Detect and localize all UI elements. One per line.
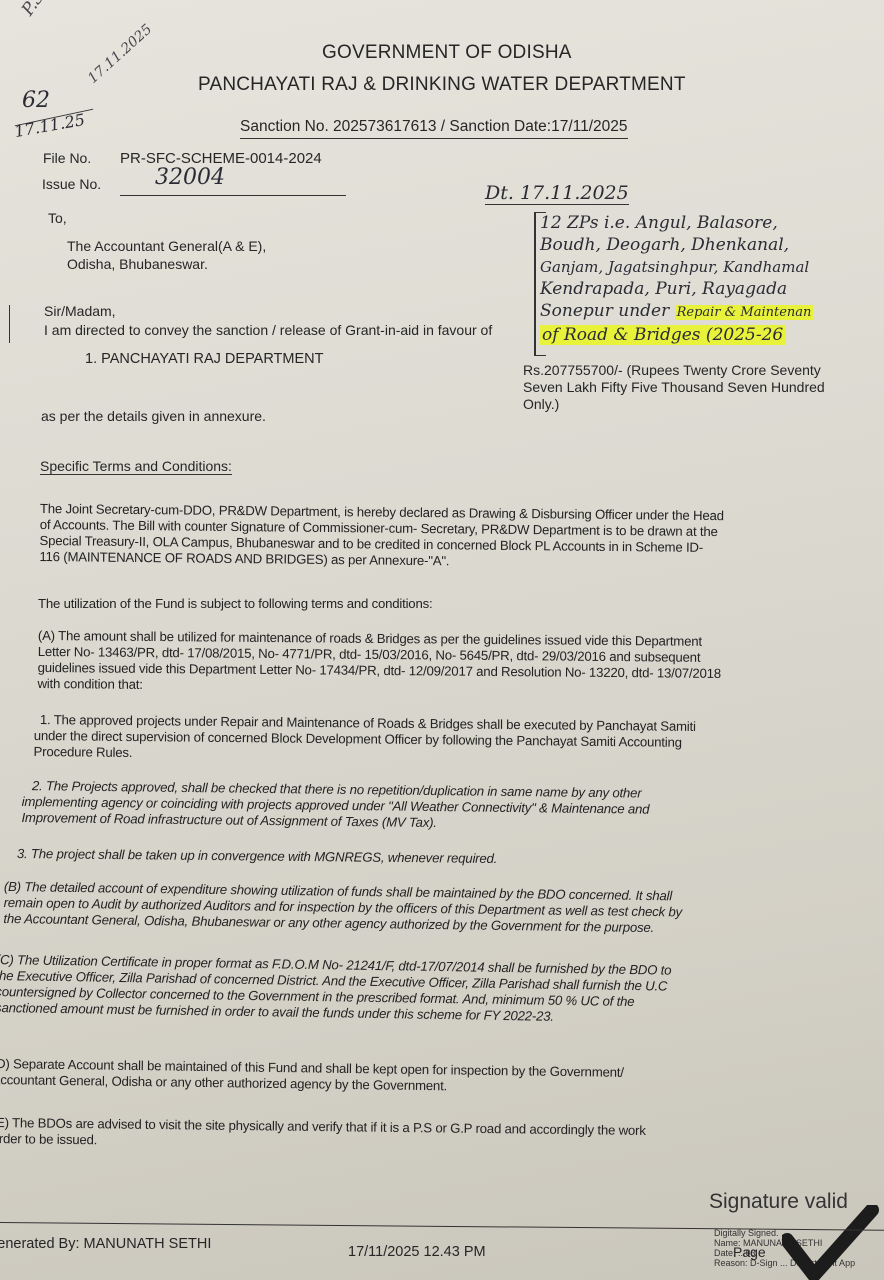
beneficiary-note-line: of Road & Bridges (2025-26 xyxy=(540,324,813,346)
department-title: PANCHAYATI RAJ & DRINKING WATER DEPARTME… xyxy=(198,74,686,96)
utilization-intro: The utilization of the Fund is subject t… xyxy=(38,596,432,612)
amount-text: Rs.207755700/- (Rupees Twenty Crore Seve… xyxy=(523,362,825,413)
issue-date-handwritten: Dt. 17.11.2025 xyxy=(485,182,629,205)
address-line-1: The Accountant General(A & E), xyxy=(67,238,266,254)
amount-line: Seven Lakh Fifty Five Thousand Seven Hun… xyxy=(523,379,825,396)
condition-3: 3. The project shall be taken up in conv… xyxy=(17,846,497,867)
handwritten-date-top: 17.11.2025 xyxy=(85,21,155,87)
condition-d: (D) Separate Account shall be maintained… xyxy=(0,1056,842,1100)
highlight-road-bridges: of Road & Bridges (2025-26 xyxy=(540,325,785,345)
checkmark-icon xyxy=(782,1205,882,1280)
intro-text: I am directed to convey the sanction / r… xyxy=(44,322,492,338)
condition-1: 1. The approved projects under Repair an… xyxy=(33,712,833,768)
issue-no-label: Issue No. xyxy=(42,176,101,192)
footer-divider xyxy=(0,1222,884,1231)
beneficiary-department: 1. PANCHAYATI RAJ DEPARTMENT xyxy=(85,351,323,367)
salutation: Sir/Madam, xyxy=(44,303,116,319)
amount-line: Rs.207755700/- (Rupees Twenty Crore Seve… xyxy=(523,362,825,379)
condition-c: (C) The Utilization Certificate in prope… xyxy=(0,952,846,1029)
handwritten-initials: P.S. (illegible) xyxy=(18,0,102,19)
beneficiary-note-line: 12 ZPs i.e. Angul, Balasore, xyxy=(540,212,813,234)
beneficiary-note-line: Ganjam, Jagatsinghpur, Kandhamal xyxy=(540,256,813,278)
amount-line: Only.) xyxy=(523,396,825,413)
ddo-paragraph: The Joint Secretary-cum-DDO, PR&DW Depar… xyxy=(39,501,830,573)
generated-at: 17/11/2025 12.43 PM xyxy=(348,1244,486,1260)
condition-2: 2. The Projects approved, shall be check… xyxy=(21,778,832,836)
condition-e: (E) The BDOs are advised to visit the si… xyxy=(0,1115,872,1158)
margin-mark xyxy=(9,305,10,343)
generated-by: Generated By: MANUNATH SETHI xyxy=(0,1236,211,1252)
address-line-2: Odisha, Bhubaneswar. xyxy=(67,256,208,272)
beneficiary-note: 12 ZPs i.e. Angul, Balasore, Boudh, Deog… xyxy=(540,212,813,346)
file-no-label: File No. xyxy=(43,150,91,166)
beneficiary-note-line: Sonepur under Repair & Maintenan xyxy=(540,300,813,324)
beneficiary-note-line: Kendrapada, Puri, Rayagada xyxy=(540,278,813,300)
condition-b: (B) The detailed account of expenditure … xyxy=(3,879,834,939)
beneficiary-note-line: Boudh, Deogarh, Dhenkanal, xyxy=(540,234,813,256)
inward-date: 17.11.25 xyxy=(13,110,86,141)
issue-no-underline xyxy=(120,195,346,196)
highlight-repair: Repair & Maintenan xyxy=(675,305,814,320)
issue-no-handwritten: 32004 xyxy=(155,165,225,190)
inward-number: 62 xyxy=(22,88,50,113)
sanction-line: Sanction No. 202573617613 / Sanction Dat… xyxy=(240,118,628,139)
annexure-text: as per the details given in annexure. xyxy=(41,408,266,424)
terms-heading: Specific Terms and Conditions: xyxy=(40,458,232,475)
page-label: Page xyxy=(733,1244,766,1260)
address-to: To, xyxy=(48,210,67,226)
condition-a: (A) The amount shall be utilized for mai… xyxy=(37,628,828,699)
government-title: GOVERNMENT OF ODISHA xyxy=(322,42,572,64)
